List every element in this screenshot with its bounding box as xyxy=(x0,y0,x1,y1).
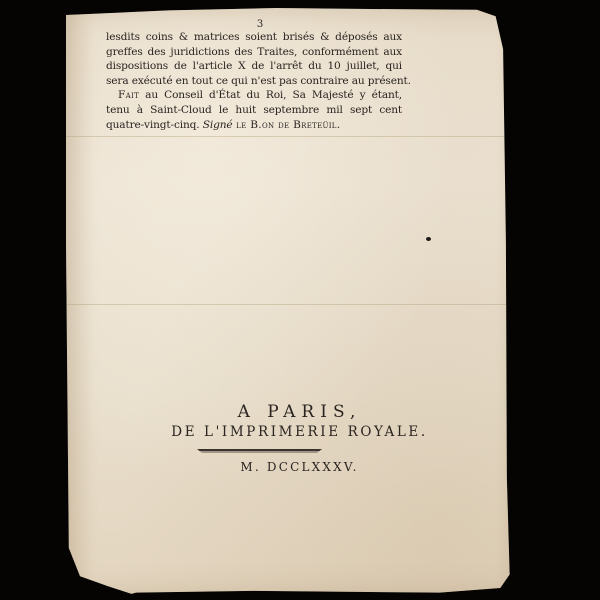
paper-fold-line xyxy=(66,304,533,305)
photo-background: 3 lesdits coins & matrices soient brisés… xyxy=(0,0,600,600)
page-number: 3 xyxy=(255,19,265,30)
body-line: dispositions de l'article X de l'arrêt d… xyxy=(106,59,402,74)
fait-label: Fait xyxy=(118,89,139,101)
closing-line-1-rest: au Conseil d'État du Roi, Sa Majesté y é… xyxy=(139,89,402,101)
imprint-press: DE L'IMPRIMERIE ROYALE. xyxy=(66,424,533,440)
body-line: greffes des juridictions des Traites, co… xyxy=(106,45,402,60)
signe-label: Signé xyxy=(203,119,233,131)
closing-line-2: tenu à Saint-Cloud le huit septembre mil… xyxy=(106,103,402,118)
ornamental-rule xyxy=(197,449,322,453)
imprint-year: M. DCCLXXXV. xyxy=(66,460,533,474)
document-page: 3 lesdits coins & matrices soient brisés… xyxy=(66,8,533,595)
closing-line-3: quatre-vingt-cinq. Signé le B.on de Bret… xyxy=(106,118,402,133)
body-line: lesdits coins & matrices soient brisés &… xyxy=(106,30,402,45)
body-line: sera exécuté en tout ce qui n'est pas co… xyxy=(106,74,402,89)
imprint-city: A PARIS, xyxy=(66,402,533,422)
paper-fold-line xyxy=(66,136,533,137)
closing-line-3-start: quatre-vingt-cinq. xyxy=(106,119,203,131)
decree-text-block: lesdits coins & matrices soient brisés &… xyxy=(106,30,402,132)
ink-speck xyxy=(426,237,431,241)
signatory-name: le B.on de Breteüil. xyxy=(233,119,341,131)
closing-line-1: Fait au Conseil d'État du Roi, Sa Majest… xyxy=(106,88,402,103)
